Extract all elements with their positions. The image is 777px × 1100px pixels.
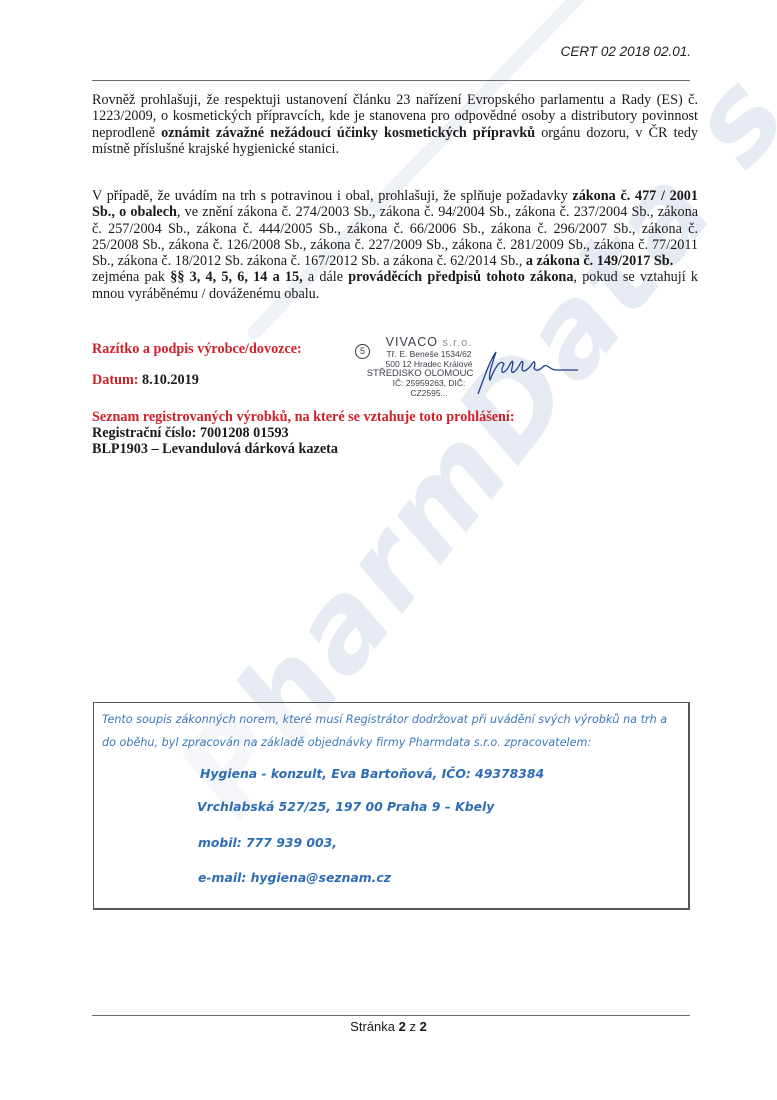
- stamp-company-name: VIVACO: [386, 335, 438, 349]
- paragraph-packaging-law: V případě, že uvádím na trh s potravinou…: [92, 188, 698, 302]
- page-label: Stránka: [350, 1019, 395, 1034]
- info-address: Vrchlabská 527/25, 197 00 Praha 9 – Kbel…: [197, 799, 494, 814]
- footer-divider: [92, 1015, 690, 1016]
- p2-and-further: a dále: [303, 269, 349, 285]
- stamp-ids: IČ: 25959263, DIČ: CZ2595...: [373, 379, 485, 398]
- product-item: BLP1903 – Levandulová dárková kazeta: [92, 441, 338, 458]
- total-pages: 2: [420, 1019, 427, 1034]
- document-code: CERT 02 2018 02.01.: [561, 44, 691, 59]
- stamp-signature-label: Razítko a podpis výrobce/dovozce:: [92, 341, 302, 358]
- p1-bold: oznámit závažné nežádoucí účinky kosmeti…: [161, 125, 535, 141]
- info-company: Hygiena - konzult, Eva Bartoňová, IČO: 4…: [200, 766, 544, 781]
- date-label: Datum:: [92, 372, 139, 388]
- company-stamp: 5 VIVACO s.r.o. Tř. E. Beneše 1534/62 50…: [355, 336, 485, 398]
- of-label: z: [409, 1019, 416, 1034]
- page-number: Stránka 2 z 2: [0, 1019, 777, 1034]
- stamp-company-suffix: s.r.o.: [442, 337, 472, 349]
- date-value: 8.10.2019: [142, 372, 199, 388]
- paragraph-adverse-effects: Rovněž prohlašuji, že respektuji ustanov…: [92, 92, 698, 157]
- p2-intro: V případě, že uvádím na trh s potravinou…: [92, 188, 572, 204]
- p2-last-amendment: a zákona č. 149/2017 Sb.: [522, 253, 673, 269]
- p2-sections: §§ 3, 4, 5, 6, 14 a 15,: [170, 269, 302, 285]
- header-divider: [92, 80, 690, 81]
- stamp-company: VIVACO s.r.o.: [373, 336, 485, 350]
- stamp-badge: 5: [355, 344, 370, 359]
- current-page: 2: [399, 1019, 406, 1034]
- processor-info-box: Tento soupis zákonných norem, které musí…: [93, 702, 690, 910]
- registration-number: Registrační číslo: 7001208 01593: [92, 425, 289, 442]
- info-phone: mobil: 777 939 003,: [198, 835, 337, 850]
- info-intro: Tento soupis zákonných norem, které musí…: [102, 708, 684, 754]
- date-row: Datum: 8.10.2019: [92, 372, 199, 389]
- info-email: e-mail: hygiena@seznam.cz: [198, 870, 391, 885]
- p2-especially: zejména pak: [92, 269, 170, 285]
- signature-icon: [470, 346, 580, 396]
- products-list-title: Seznam registrovaných výrobků, na které …: [92, 409, 515, 426]
- p2-regulations: prováděcích předpisů tohoto zákona: [348, 269, 573, 285]
